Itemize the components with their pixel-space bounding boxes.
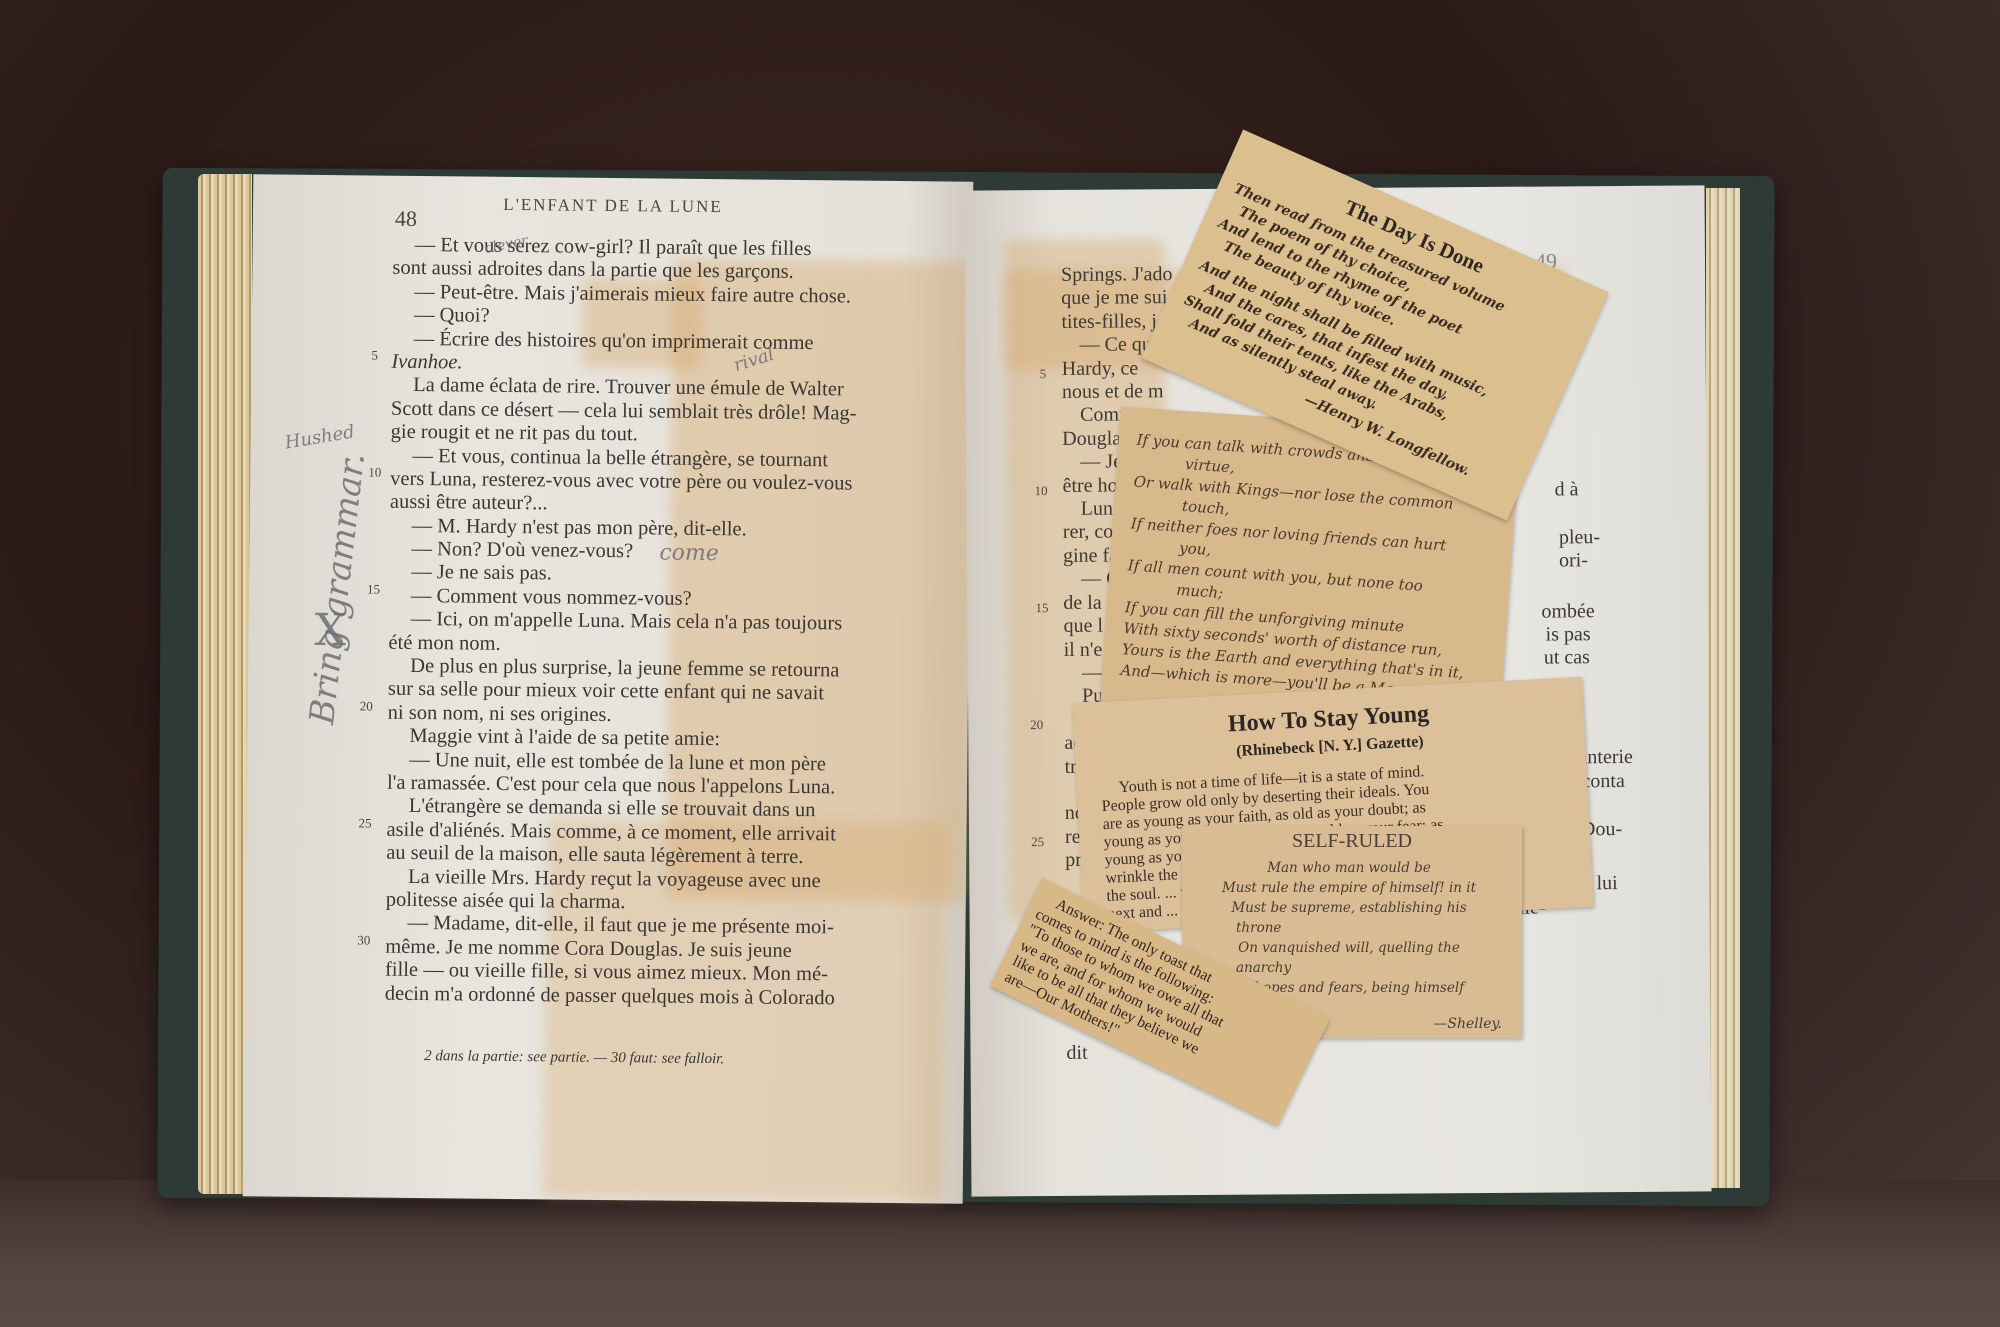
line-number: 10	[1035, 483, 1048, 499]
line-number: 15	[367, 581, 380, 597]
text-fragment: pleu-	[1559, 526, 1600, 550]
line-number: 30	[357, 932, 370, 948]
body-text: — Et vous serez cow-girl? Il paraît que …	[385, 234, 933, 1012]
poem-line: On vanquished will, quelling the	[1186, 938, 1512, 958]
text-fragment: ut cas	[1544, 646, 1590, 670]
text-line: decin m'a ordonné de passer quelques moi…	[385, 982, 925, 1011]
line-number: 15	[1035, 600, 1048, 616]
text-fragment: d à	[1555, 478, 1579, 502]
text-fragment: ombée	[1541, 600, 1594, 624]
line-number: 20	[360, 698, 373, 714]
poem-line: throne	[1186, 918, 1512, 938]
poem-line: Man who man would be	[1186, 858, 1512, 878]
left-page: 48 L'ENFANT DE LA LUNE — Et vous serez c…	[243, 174, 974, 1203]
line-number: 5	[1040, 366, 1047, 382]
text-fragment: is pas	[1546, 623, 1591, 647]
poem-line: Must rule the empire of himself! in it	[1186, 878, 1512, 898]
text-fragment: que je me sui	[1061, 287, 1173, 311]
margin-mark: X	[314, 605, 346, 656]
page-edges-right	[1706, 188, 1740, 1188]
line-number: 25	[1031, 834, 1044, 850]
text-fragment: dit	[1066, 1042, 1087, 1066]
clipping-title: SELF-RULED	[1182, 830, 1522, 853]
text-fragment: Springs. J'ado	[1061, 263, 1173, 287]
text-fragment: ori-	[1559, 549, 1588, 573]
poem-attribution: —Shelley.	[1433, 1016, 1502, 1032]
line-number: 5	[371, 348, 378, 364]
text-fragment: nous et de m	[1062, 380, 1174, 404]
footnote: 2 dans la partie: see partie. — 30 faut:…	[424, 1048, 724, 1068]
margin-note-vertical: Bring grammar.	[302, 424, 376, 727]
line-number: 20	[1030, 717, 1043, 733]
interlinear-note: come	[659, 541, 719, 567]
line-number: 25	[358, 815, 371, 831]
poem-line: Must be supreme, establishing his	[1186, 898, 1512, 918]
running-head: L'ENFANT DE LA LUNE	[253, 192, 973, 220]
text-fragment: anterie	[1578, 746, 1633, 770]
